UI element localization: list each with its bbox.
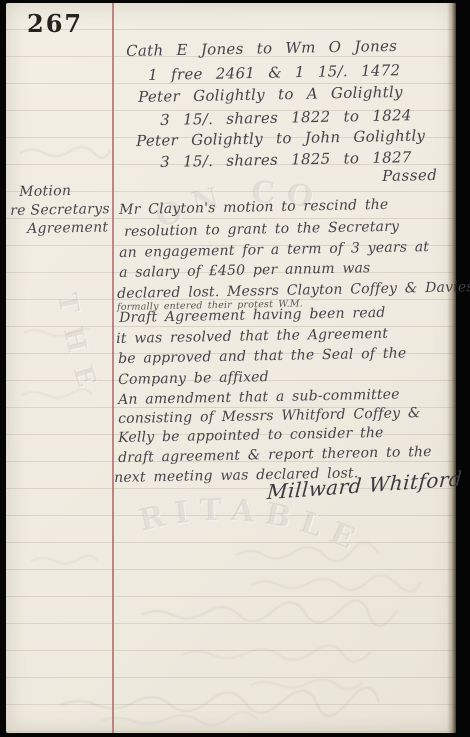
page-binding-edge [447,3,456,733]
scanned-minute-book-page: ON CO ON CO RITABLE RITABLE THE THE [0,0,470,737]
passed-annotation: Passed [382,166,438,185]
margin-note-line: re Secretarys [10,201,110,219]
page-number: 267 [27,9,83,38]
margin-note-line: Agreement [27,219,109,237]
minute-line: Company be affixed [118,369,269,388]
ledger-page: ON CO ON CO RITABLE RITABLE THE THE [6,3,456,733]
margin-note-line: Motion [19,183,71,200]
red-margin-rule [112,3,114,733]
